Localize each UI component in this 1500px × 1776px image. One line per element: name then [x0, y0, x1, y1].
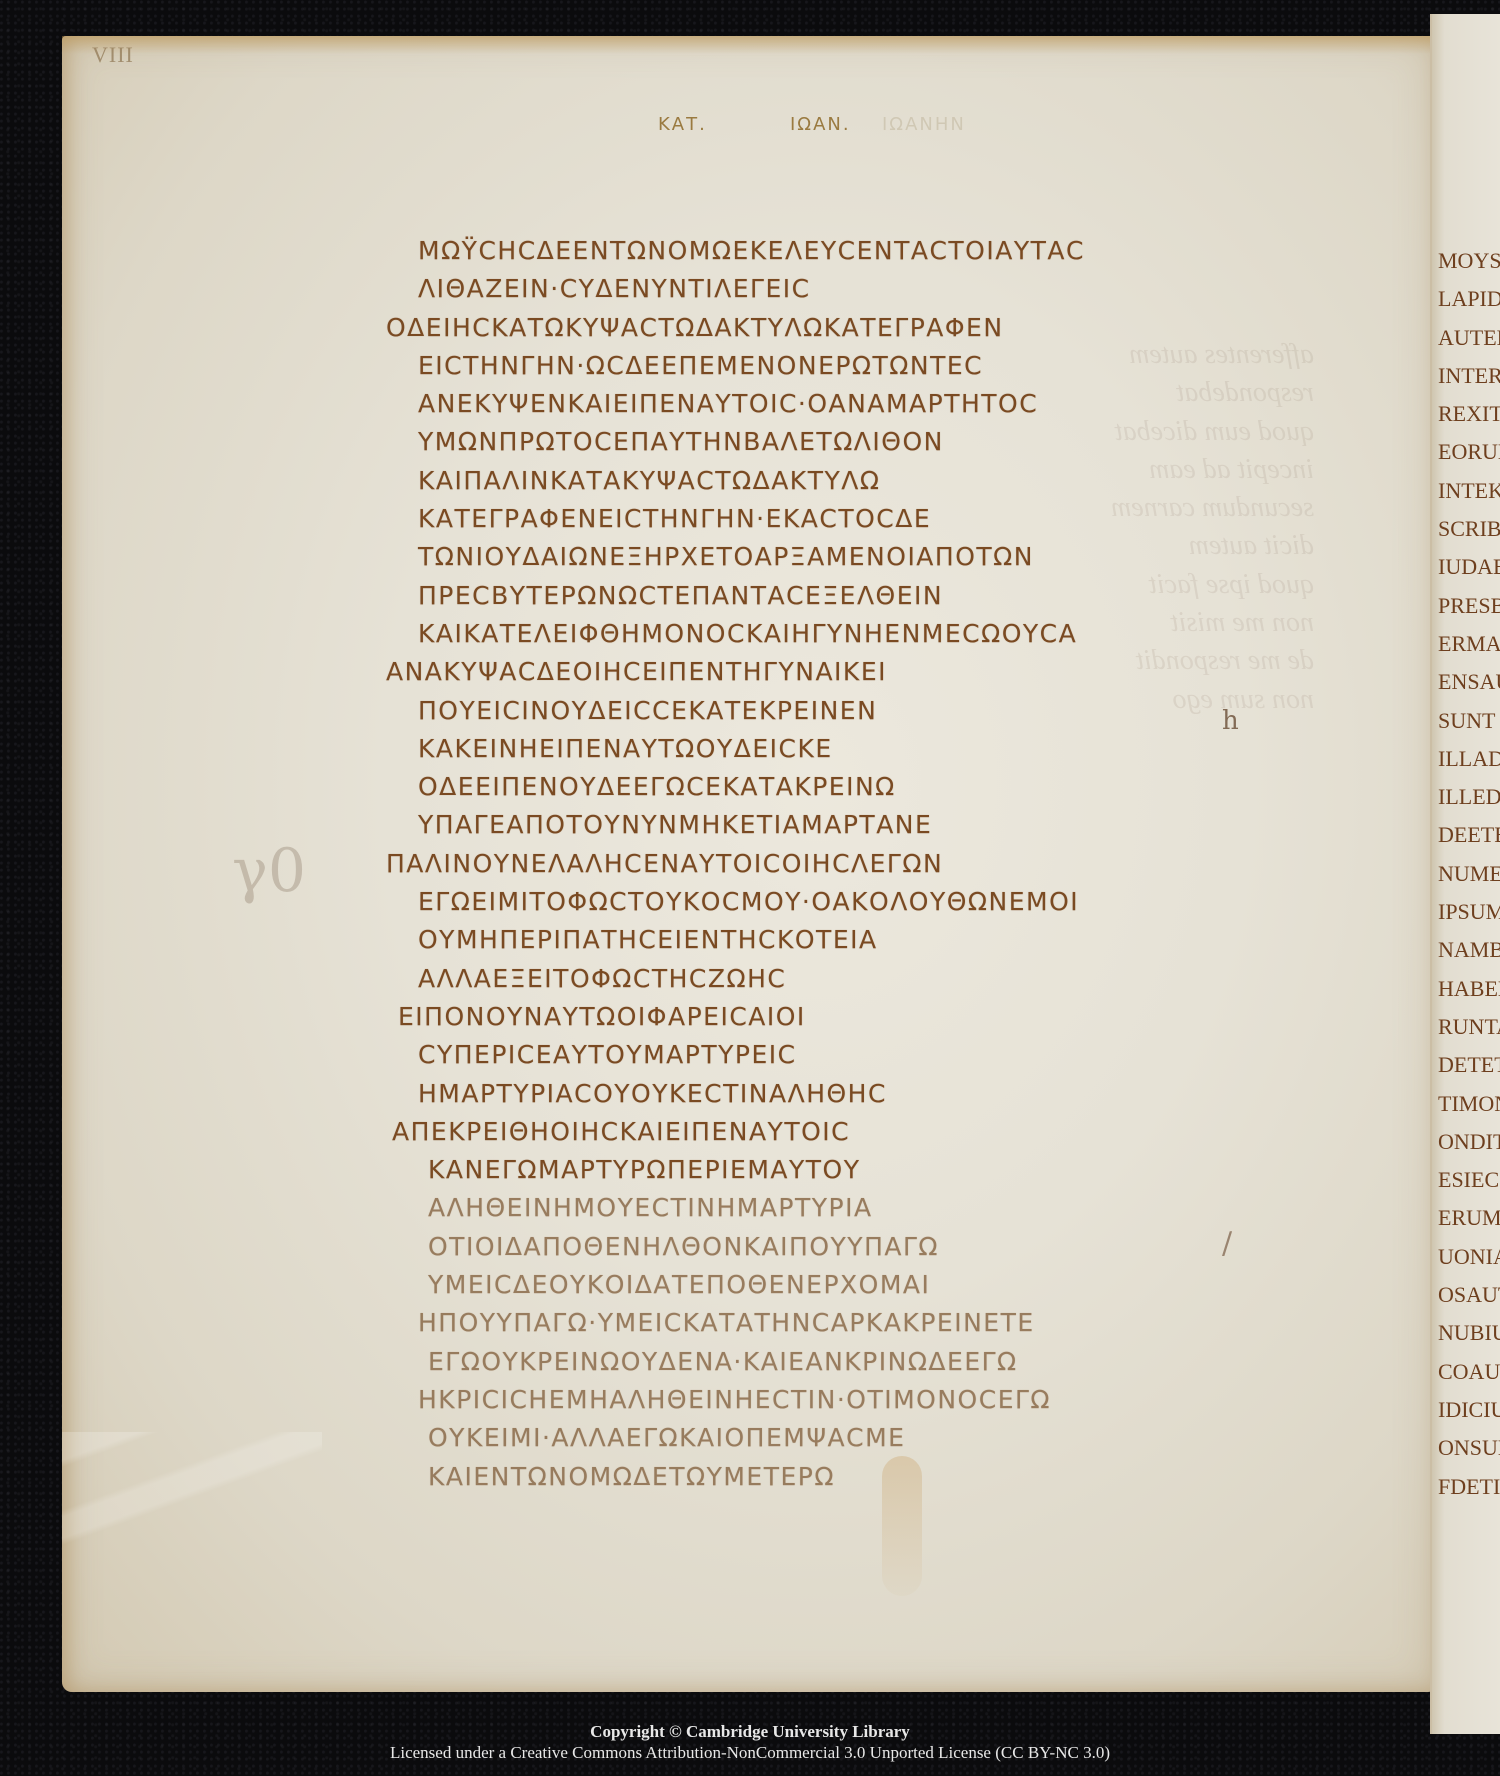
text-line: ΟΔΕΕΙΠΕΝΟΥΔΕΕΓΩϹΕΚΑΤΑΚΡΕΙΝΩ	[318, 768, 1418, 806]
facing-line: ILLADIX	[1438, 740, 1500, 778]
folio-number: VIII	[92, 42, 134, 68]
license-notice: Licensed under a Creative Commons Attrib…	[0, 1742, 1500, 1764]
facing-line: INTEKUC	[1438, 472, 1500, 510]
text-line: ΚΑΚΕΙΝΗΕΙΠΕΝΑΥΤΩΟΥΔΕΙϹΚΕ	[318, 730, 1418, 768]
text-line: ΗΚΡΙϹΙϹΗΕΜΗΑΛΗΘΕΙΝΗΕϹΤΙΝ·ΟΤΙΜΟΝΟϹΕΓΩ	[318, 1381, 1418, 1419]
text-line: ΕΙϹΤΗΝΓΗΝ·ΩϹΔΕΕΠΕΜΕΝΟΝΕΡΩΤΩΝΤΕϹ	[318, 347, 1418, 385]
facing-line: SCRIBEBAT	[1438, 510, 1500, 548]
facing-line: ERMAN	[1438, 625, 1500, 663]
facing-line: MOYSES A	[1438, 242, 1500, 280]
text-line: ΗΠΟΥΥΠΑΓΩ·ΥΜΕΙϹΚΑΤΑΤΗΝϹΑΡΚΑΚΡΕΙΝΕΤΕ	[318, 1304, 1418, 1342]
facing-line: COAUTE	[1438, 1353, 1500, 1391]
text-line: ΟΔΕΙΗϹΚΑΤΩΚΥΨΑϹΤΩΔΑΚΤΥΛΩΚΑΤΕΓΡΑΦΕΝ	[318, 309, 1418, 347]
text-line: ΗΜΑΡΤΥΡΙΑϹΟΥΟΥΚΕϹΤΙΝΑΛΗΘΗϹ	[318, 1075, 1418, 1113]
text-line: ΑΝΑΚΥΨΑϹΔΕΟΙΗϹΕΙΠΕΝΤΗΓΥΝΑΙΚΕΙ	[318, 653, 1418, 691]
running-title-right: ΙΩΑΝ.	[790, 114, 851, 135]
text-line: ΜΩΫϹΗϹΔΕΕΝΤΩΝΟΜΩΕΚΕΛΕΥϹΕΝΤΑϹΤΟΙΑΥΤΑϹ	[318, 232, 1418, 270]
text-line: ΟΥΜΗΠΕΡΙΠΑΤΗϹΕΙΕΝΤΗϹΚΟΤΕΙΑ	[318, 921, 1418, 959]
facing-line: IUDAEORU	[1438, 548, 1500, 586]
text-line: ΤΩΝΙΟΥΔΑΙΩΝΕΞΗΡΧΕΤΟΑΡΞΑΜΕΝΟΙΑΠΟΤΩΝ	[318, 538, 1418, 576]
text-line: ΕΓΩΕΙΜΙΤΟΦΩϹΤΟΥΚΟϹΜΟΥ·ΟΑΚΟΛΟΥΘΩΝΕΜΟΙ	[318, 883, 1418, 921]
text-line: ΥΜΕΙϹΔΕΟΥΚΟΙΔΑΤΕΠΟΘΕΝΕΡΧΟΜΑΙ	[318, 1266, 1418, 1304]
facing-line: DETETE	[1438, 1046, 1500, 1084]
facing-line: EORUM	[1438, 433, 1500, 471]
facing-line: NUMERO	[1438, 855, 1500, 893]
facing-line: UONIAM	[1438, 1238, 1500, 1276]
facing-line: ILLEDIX	[1438, 778, 1500, 816]
text-line: ΠΟΥΕΙϹΙΝΟΥΔΕΙϹϹΕΚΑΤΕΚΡΕΙΝΕΝ	[318, 692, 1418, 730]
facing-line: ENSAU	[1438, 663, 1500, 701]
text-line: ΥΠΑΓΕΑΠΟΤΟΥΝΥΝΜΗΚΕΤΙΑΜΑΡΤΑΝΕ	[318, 806, 1418, 844]
running-title: ΚΑΤ. ΙΩΑΝ. ΙΩΑΝΗΝ	[62, 114, 1434, 144]
facing-line: IDICIU	[1438, 1391, 1500, 1429]
facing-line: DEETE	[1438, 816, 1500, 854]
facing-line: PRESBYT	[1438, 587, 1500, 625]
copyright-notice: Copyright © Cambridge University Library	[0, 1722, 1500, 1742]
facing-line: ONDIT	[1438, 1123, 1500, 1161]
text-line: ΑΝΕΚΥΨΕΝΚΑΙΕΙΠΕΝΑΥΤΟΙϹ·ΟΑΝΑΜΑΡΤΗΤΟϹ	[318, 385, 1418, 423]
text-line: ΑΛΗΘΕΙΝΗΜΟΥΕϹΤΙΝΗΜΑΡΤΥΡΙΑ	[318, 1189, 1418, 1227]
facing-line: ERUME	[1438, 1199, 1500, 1237]
text-line: ΚΑΙΚΑΤΕΛΕΙΦΘΗΜΟΝΟϹΚΑΙΗΓΥΝΗΕΝΜΕϹΩΟΥϹΑ	[318, 615, 1418, 653]
text-line: ΕΓΩΟΥΚΡΕΙΝΩΟΥΔΕΝΑ·ΚΑΙΕΑΝΚΡΙΝΩΔΕΕΓΩ	[318, 1343, 1418, 1381]
facing-line: NAMBU	[1438, 931, 1500, 969]
text-line: ΑΛΛΑΕΞΕΙΤΟΦΩϹΤΗϹΖΩΗϹ	[318, 960, 1418, 998]
facing-latin-text: MOYSES A LAPIDARE AUTEM INTERRAC REXITSE…	[1438, 242, 1500, 1506]
facing-line: OSAUTE	[1438, 1276, 1500, 1314]
text-line: ΠΡΕϹΒΥΤΕΡΩΝΩϹΤΕΠΑΝΤΑϹΕΞΕΛΘΕΙΝ	[318, 577, 1418, 615]
facing-line: NUBIUA	[1438, 1314, 1500, 1352]
facing-line: LAPIDARE	[1438, 280, 1500, 318]
facing-line: AUTEM	[1438, 319, 1500, 357]
text-line: ΟΥΚΕΙΜΙ·ΑΛΛΑΕΓΩΚΑΙΟΠΕΜΨΑϹΜΕ	[318, 1419, 1418, 1457]
facing-line: TIMON	[1438, 1085, 1500, 1123]
marginal-pencil-mark: γ0	[232, 836, 306, 906]
text-line: ΚΑΝΕΓΩΜΑΡΤΥΡΩΠΕΡΙΕΜΑΥΤΟΥ	[318, 1151, 1418, 1189]
facing-line: REXITSE	[1438, 395, 1500, 433]
running-title-left: ΚΑΤ.	[658, 114, 707, 135]
facing-line: RUNTA	[1438, 1008, 1500, 1046]
facing-line: IPSUMI	[1438, 893, 1500, 931]
text-line: ϹΥΠΕΡΙϹΕΑΥΤΟΥΜΑΡΤΥΡΕΙϹ	[318, 1036, 1418, 1074]
text-line: ΚΑΤΕΓΡΑΦΕΝΕΙϹΤΗΝΓΗΝ·ΕΚΑϹΤΟϹΔΕ	[318, 500, 1418, 538]
text-line: ΛΙΘΑΖΕΙΝ·ϹΥΔΕΝΥΝΤΙΛΕΓΕΙϹ	[318, 270, 1418, 308]
running-title-show-through: ΙΩΑΝΗΝ	[882, 114, 966, 135]
text-line: ΥΜΩΝΠΡΩΤΟϹΕΠΑΥΤΗΝΒΑΛΕΤΩΛΙΘΟΝ	[318, 423, 1418, 461]
facing-line: FDETIN	[1438, 1468, 1500, 1506]
text-line: ΕΙΠΟΝΟΥΝΑΥΤΩΟΙΦΑΡΕΙϹΑΙΟΙ	[318, 998, 1418, 1036]
uncial-text-block: ΜΩΫϹΗϹΔΕΕΝΤΩΝΟΜΩΕΚΕΛΕΥϹΕΝΤΑϹΤΟΙΑΥΤΑϹ ΛΙΘ…	[318, 232, 1418, 1496]
text-line: ΟΤΙΟΙΔΑΠΟΘΕΝΗΛΘΟΝΚΑΙΠΟΥΥΠΑΓΩ	[318, 1228, 1418, 1266]
text-line: ΚΑΙΕΝΤΩΝΟΜΩΔΕΤΩΥΜΕΤΕΡΩ	[318, 1458, 1418, 1496]
text-line: ΚΑΙΠΑΛΙΝΚΑΤΑΚΥΨΑϹΤΩΔΑΚΤΥΛΩ	[318, 462, 1418, 500]
facing-line: ESIECO	[1438, 1161, 1500, 1199]
facing-line: INTERRAC	[1438, 357, 1500, 395]
copyright-footer: Copyright © Cambridge University Library…	[0, 1722, 1500, 1764]
text-line: ΠΑΛΙΝΟΥΝΕΛΑΛΗϹΕΝΑΥΤΟΙϹΟΙΗϹΛΕΓΩΝ	[318, 845, 1418, 883]
facing-line: HABEL	[1438, 970, 1500, 1008]
facing-line: ONSUM	[1438, 1429, 1500, 1467]
facing-leaf-edge: MOYSES A LAPIDARE AUTEM INTERRAC REXITSE…	[1430, 14, 1500, 1734]
facing-line: SUNT	[1438, 702, 1500, 740]
text-line: ΑΠΕΚΡΕΙΘΗΟΙΗϹΚΑΙΕΙΠΕΝΑΥΤΟΙϹ	[318, 1113, 1418, 1151]
